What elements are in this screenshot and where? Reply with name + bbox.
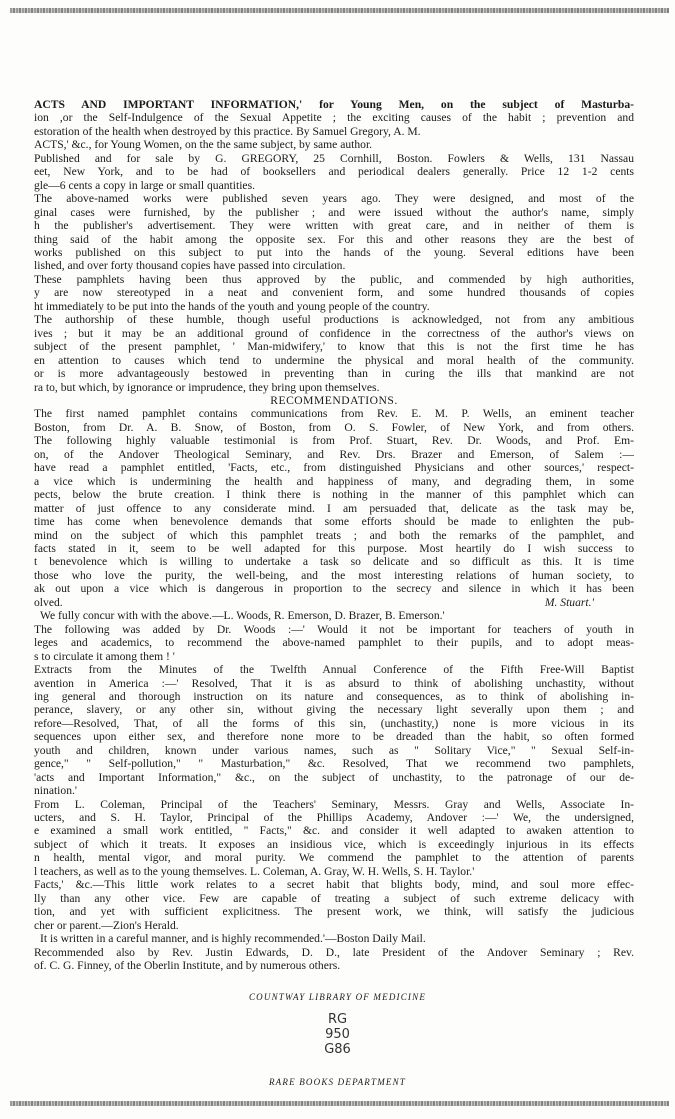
text-line: Boston, from Dr. A. B. Snow, of Boston, … bbox=[34, 421, 634, 434]
call-number-number: 950 bbox=[0, 1027, 675, 1042]
library-name: COUNTWAY LIBRARY OF MEDICINE bbox=[0, 992, 675, 1002]
text-line: ht immediately to be put into the hands … bbox=[34, 300, 634, 313]
text-line: youth and children, known under various … bbox=[34, 744, 634, 757]
text-line: From L. Coleman, Principal of the Teache… bbox=[34, 798, 634, 811]
text-line: ak out upon a vice which is dangerous in… bbox=[34, 582, 634, 595]
text-line: matter of just offence to any considerat… bbox=[34, 502, 634, 515]
text-line: works published on this subject to put i… bbox=[34, 246, 634, 259]
text-line: The authorship of these humble, though u… bbox=[34, 313, 634, 326]
text-line: n health, mental vigor, and moral purity… bbox=[34, 851, 634, 864]
zion-herald-section: Facts,' &c.—This little work relates to … bbox=[34, 878, 634, 932]
text-line: estoration of the health when destroyed … bbox=[34, 125, 634, 138]
text-line: ACTS AND IMPORTANT INFORMATION,' for You… bbox=[34, 98, 634, 111]
coleman-section: From L. Coleman, Principal of the Teache… bbox=[34, 798, 634, 879]
text-line: ucters, and S. H. Taylor, Principal of t… bbox=[34, 811, 634, 824]
text-line: Extracts from the Minutes of the Twelfth… bbox=[34, 663, 634, 676]
concur-line: We fully concur with with the above.—L. … bbox=[34, 609, 634, 622]
text-line: cher or parent.—Zion's Herald. bbox=[34, 919, 634, 932]
text-line: subject of which it treats. It exposes a… bbox=[34, 838, 634, 851]
text-line: thing said of the habit among the opposi… bbox=[34, 233, 634, 246]
text-line: Recommended also by Rev. Justin Edwards,… bbox=[34, 946, 634, 959]
text-line: e examined a small work entitled, " Fact… bbox=[34, 824, 634, 837]
text-line: The first named pamphlet contains commun… bbox=[34, 407, 634, 420]
text-line: or is more advantageously bestowed in pr… bbox=[34, 367, 634, 380]
text-line: refore—Resolved, That, of all the forms … bbox=[34, 717, 634, 730]
page-edge-bottom bbox=[10, 1101, 669, 1106]
text-line: h the publisher's advertisement. They we… bbox=[34, 219, 634, 232]
text-line: leges and academics, to recommend the ab… bbox=[34, 636, 634, 649]
woods-section: The following was added by Dr. Woods :—'… bbox=[34, 623, 634, 663]
text-line: These pamphlets having been thus approve… bbox=[34, 273, 634, 286]
text-line: mind on the subject of which this pamphl… bbox=[34, 529, 634, 542]
text-line: avention in America :—' Resolved, That i… bbox=[34, 677, 634, 690]
text-line: ginal cases were furnished, by the publi… bbox=[34, 206, 634, 219]
text-line: have read a pamphlet entitled, 'Facts, e… bbox=[34, 461, 634, 474]
text-line: ra to, but which, by ignorance or imprud… bbox=[34, 381, 634, 394]
text-line: of. C. G. Finney, of the Oberlin Institu… bbox=[34, 959, 634, 972]
text-line: y are now stereotyped in a neat and conv… bbox=[34, 286, 634, 299]
stuart-signature: M. Stuart.' bbox=[34, 596, 634, 609]
text-line: 'acts and Important Information," &c., o… bbox=[34, 771, 634, 784]
text-line: eet, New York, and to be had of booksell… bbox=[34, 165, 634, 178]
text-line: time has come when benevolence demands t… bbox=[34, 515, 634, 528]
text-line: facts stated in it, seem to be well adap… bbox=[34, 542, 634, 555]
advertisement-section: ACTS AND IMPORTANT INFORMATION,' for You… bbox=[34, 98, 634, 394]
page-edge-top bbox=[10, 8, 669, 13]
text-line: gle—6 cents a copy in large or small qua… bbox=[34, 179, 634, 192]
text-line: Published and for sale by G. GREGORY, 25… bbox=[34, 152, 634, 165]
text-line: lished, and over forty thousand copies h… bbox=[34, 259, 634, 272]
text-line: on, of the Andover Theological Seminary,… bbox=[34, 448, 634, 461]
text-line: gence," " Self-pollution," " Masturbatio… bbox=[34, 757, 634, 770]
text-line: lly than any other vice. Few are capable… bbox=[34, 892, 634, 905]
text-line: ACTS,' &c., for Young Women, on the the … bbox=[34, 138, 634, 151]
text-line: en attention to causes which tend to und… bbox=[34, 354, 634, 367]
text-line: ing general and thorough instruction on … bbox=[34, 690, 634, 703]
text-line: The following was added by Dr. Woods :—'… bbox=[34, 623, 634, 636]
text-line: The above-named works were published sev… bbox=[34, 192, 634, 205]
call-number-class: RG bbox=[0, 1012, 675, 1027]
text-line: ion ,or the Self-Indulgence of the Sexua… bbox=[34, 111, 634, 124]
text-line: The following highly valuable testimonia… bbox=[34, 434, 634, 447]
call-number-cutter: G86 bbox=[0, 1042, 675, 1057]
text-line: ives ; but it may be an additional groun… bbox=[34, 327, 634, 340]
recommendations-section: The first named pamphlet contains commun… bbox=[34, 407, 634, 609]
text-line: nination.' bbox=[34, 784, 634, 797]
text-line: perance, slavery, or any other sin, with… bbox=[34, 703, 634, 716]
text-line: a vice which is undermining the health a… bbox=[34, 475, 634, 488]
advertisement-text: ACTS AND IMPORTANT INFORMATION,' for You… bbox=[34, 98, 634, 972]
final-section: Recommended also by Rev. Justin Edwards,… bbox=[34, 946, 634, 973]
department-name: RARE BOOKS DEPARTMENT bbox=[0, 1077, 675, 1087]
text-line: pects, below the brute creation. I think… bbox=[34, 488, 634, 501]
boston-mail-line: It is written in a careful manner, and i… bbox=[34, 932, 634, 945]
text-line: Facts,' &c.—This little work relates to … bbox=[34, 878, 634, 891]
text-line: s to circulate it among them ! ' bbox=[34, 650, 634, 663]
text-line: t benevolence which is willing to undert… bbox=[34, 555, 634, 568]
text-line: l teachers, as well as to the young them… bbox=[34, 865, 634, 878]
conference-section: Extracts from the Minutes of the Twelfth… bbox=[34, 663, 634, 798]
text-line: sequences upon either sex, and therefore… bbox=[34, 730, 634, 743]
recommendations-heading: RECOMMENDATIONS. bbox=[34, 394, 634, 407]
text-line: those who love the purity, the well-bein… bbox=[34, 569, 634, 582]
text-line: tion, and yet with sufficient explicitne… bbox=[34, 905, 634, 918]
text-line: subject of the present pamphlet, ' Man-m… bbox=[34, 340, 634, 353]
